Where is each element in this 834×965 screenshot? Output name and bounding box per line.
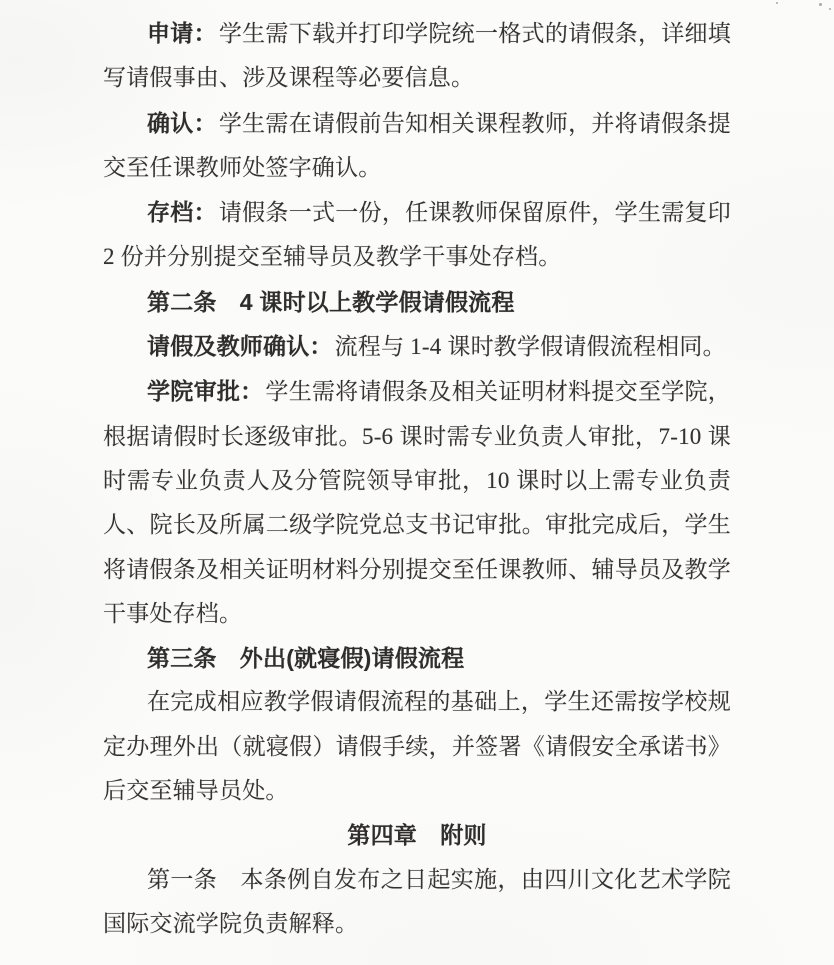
paragraph-text: 在完成相应教学假请假流程的基础上，学生还需按学校规定办理外出（就寝假）请假手续，… <box>103 689 731 803</box>
paragraph-archive: 存档：请假条一式一份，任课教师保留原件，学生需复印 2 份并分别提交至辅导员及教… <box>103 190 731 280</box>
paragraph-label-confirm: 确认： <box>147 110 217 136</box>
paragraph-label-apply: 申请： <box>147 20 217 46</box>
scan-speck <box>819 3 822 6</box>
paragraph-text: 流程与 1-4 课时教学假请假流程相同。 <box>335 334 726 359</box>
paragraph-apply: 申请：学生需下载并打印学院统一格式的请假条，详细填写请假事由、涉及课程等必要信息… <box>103 11 731 101</box>
paragraph-label-leave-teacher-confirm: 请假及教师确认： <box>147 333 333 359</box>
document-text-block: 申请：学生需下载并打印学院统一格式的请假条，详细填写请假事由、涉及课程等必要信息… <box>103 0 731 946</box>
paragraph-effective-date: 第一条 本条例自发布之日起实施，由四川文化艺术学院国际交流学院负责解释。 <box>103 858 731 947</box>
paragraph-college-approval: 学院审批：学生需将请假条及相关证明材料提交至学院，根据请假时长逐级审批。5-6 … <box>103 369 731 636</box>
paragraph-outing-leave: 在完成相应教学假请假流程的基础上，学生还需按学校规定办理外出（就寝假）请假手续，… <box>103 680 731 813</box>
chapter-heading-4: 第四章 附则 <box>103 813 731 857</box>
scan-speck <box>776 2 778 4</box>
scan-speck <box>829 8 831 10</box>
paragraph-leave-teacher-confirm: 请假及教师确认：流程与 1-4 课时教学假请假流程相同。 <box>103 324 731 369</box>
paragraph-label-college-approval: 学院审批： <box>147 378 263 404</box>
paragraph-label-archive: 存档： <box>147 199 217 225</box>
scanned-document-page: 申请：学生需下载并打印学院统一格式的请假条，详细填写请假事由、涉及课程等必要信息… <box>0 0 834 965</box>
section-heading-article-2: 第二条 4 课时以上教学假请假流程 <box>103 280 731 324</box>
paragraph-text: 第一条 本条例自发布之日起实施，由四川文化艺术学院国际交流学院负责解释。 <box>103 867 731 936</box>
paragraph-text: 学生需将请假条及相关证明材料提交至学院，根据请假时长逐级审批。5-6 课时需专业… <box>103 379 731 625</box>
paragraph-confirm: 确认：学生需在请假前告知相关课程教师，并将请假条提交至任课教师处签字确认。 <box>103 101 731 191</box>
section-heading-article-3: 第三条 外出(就寝假)请假流程 <box>103 636 731 680</box>
